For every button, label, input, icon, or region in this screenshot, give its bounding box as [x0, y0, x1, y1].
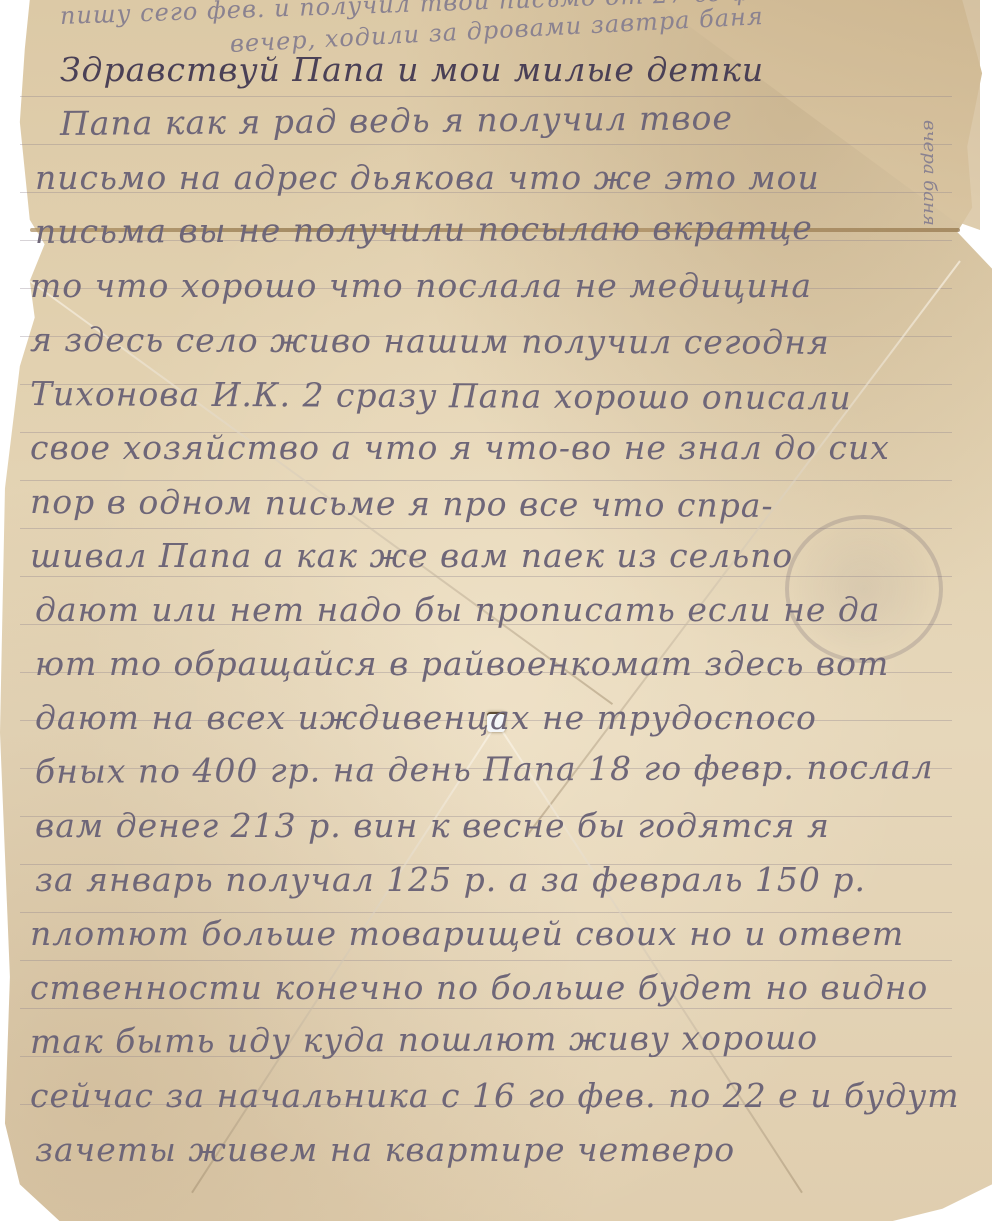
letter-line: плотют больше товарищей своих но и ответ [30, 914, 904, 953]
ruled-line [20, 144, 952, 145]
letter-line: ственности конечно по больше будет но ви… [30, 968, 928, 1007]
ruled-line [20, 1008, 952, 1009]
letter-line: так быть иду куда пошлют живу хорошо [30, 1018, 818, 1061]
ruled-line [20, 96, 952, 97]
ruled-line [20, 960, 952, 961]
letter-line: шивал Папа а как же вам паек из сельпо [30, 536, 793, 575]
ruled-line [20, 912, 952, 913]
letter-line: вам денег 213 р. вин к весне бы годятся … [35, 806, 830, 845]
letter-line: Здравствуй Папа и мои милые детки [60, 50, 764, 89]
letter-line: за январь получал 125 р. а за февраль 15… [35, 860, 866, 899]
ruled-line [20, 480, 952, 481]
letter-line: ют то обращайся в райвоенкомат здесь вот [35, 644, 889, 683]
letter-line: свое хозяйство а что я что-во не знал до… [30, 428, 890, 467]
letter-line: то что хорошо что послала не медицина [30, 266, 812, 305]
letter-line: Тихонова И.К. 2 сразу Папа хорошо описал… [30, 374, 852, 417]
letter-line: зачеты живем на квартире четверо [35, 1130, 735, 1169]
ruled-line [20, 528, 952, 529]
letter-line: письма вы не получили посылаю вкратце [35, 208, 813, 251]
margin-note: вчера баня [919, 120, 940, 226]
postmark-stamp [785, 515, 943, 663]
letter-line: я здесь село живо нашим получил сегодня [30, 320, 830, 362]
letter-line: бных по 400 гр. на день Папа 18 го февр.… [35, 747, 934, 791]
letter-line: пор в одном письме я про все что спра- [30, 482, 774, 525]
letter-line: дают на всех иждивенцах не трудоспосо [35, 698, 817, 737]
letter-line: Папа как я рад ведь я получил твое [60, 98, 733, 143]
letter-line: письмо на адрес дьякова что же это мои [35, 158, 820, 197]
letter-line: дают или нет надо бы прописать если не д… [35, 590, 880, 629]
letter-line: сейчас за начальника с 16 го фев. по 22 … [30, 1076, 960, 1115]
